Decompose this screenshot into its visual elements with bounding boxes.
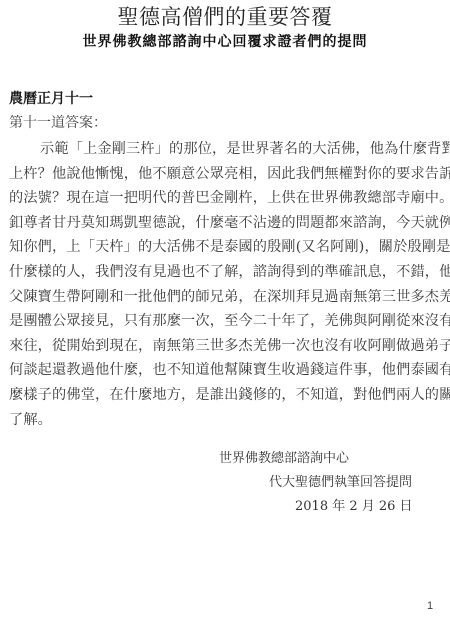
body-line: 何談起還教過他什麼，也不知道他幫陳寶生收過錢這件事，他們泰國有個什 xyxy=(9,358,429,383)
body-line: 了解。 xyxy=(9,408,429,433)
answer-number-label: 第十一道答案： xyxy=(9,114,107,132)
answer-body: 示範「上金剛三杵」的那位，是世界著名的大活佛，他為什麼背對著 上杵？他說他慚愧，… xyxy=(9,137,429,432)
signature-author: 代大聖德們執筆回答提問 xyxy=(269,474,412,492)
page-subtitle: 世界佛教總部諮詢中心回覆求證者們的提問 xyxy=(0,33,450,51)
body-line: 什麼樣的人，我們沒有見過也不了解，諮詢得到的準確訊息，不錯，他的師 xyxy=(9,260,429,285)
lunar-date-heading: 農曆正月十一 xyxy=(9,90,93,108)
signature-date: 2018 年 2 月 26 日 xyxy=(295,498,413,516)
body-line: 示範「上金剛三杵」的那位，是世界著名的大活佛，他為什麼背對著 xyxy=(9,137,429,162)
body-line: 的法號？現在這一把明代的普巴金剛杵，上供在世界佛教總部寺廟中。蓮花 xyxy=(9,186,429,211)
page-title: 聖德高僧們的重要答覆 xyxy=(0,4,450,30)
body-line: 來往，從開始到現在，南無第三世多杰羌佛一次也沒有收阿剛做過弟子，從 xyxy=(9,334,429,359)
body-line: 上杵？他說他慚愧，他不願意公眾亮相，因此我們無權對你的要求告訴你他 xyxy=(9,162,429,187)
body-line: 父陳寶生帶阿剛和一批他們的師兄弟，在深圳拜見過南無第三世多杰羌佛， xyxy=(9,285,429,310)
page-number: 1 xyxy=(427,600,433,612)
body-line: 是團體公眾接見，只有那麼一次，至今二十年了，羌佛與阿剛從來沒有任何 xyxy=(9,309,429,334)
body-line: 麼樣子的佛堂，在什麼地方，是誰出錢修的，不知道，對他們兩人的關係不 xyxy=(9,383,429,408)
body-line: 知你們，上「天杵」的大活佛不是泰國的殷剛(又名阿剛)，關於殷剛是一個 xyxy=(9,235,429,260)
body-line: 釦尊者甘丹莫知瑪凱聖德說，什麼毫不沾邊的問題都來諮詢，今天就例外告 xyxy=(9,211,429,236)
signature-organization: 世界佛教總部諮詢中心 xyxy=(219,450,349,468)
